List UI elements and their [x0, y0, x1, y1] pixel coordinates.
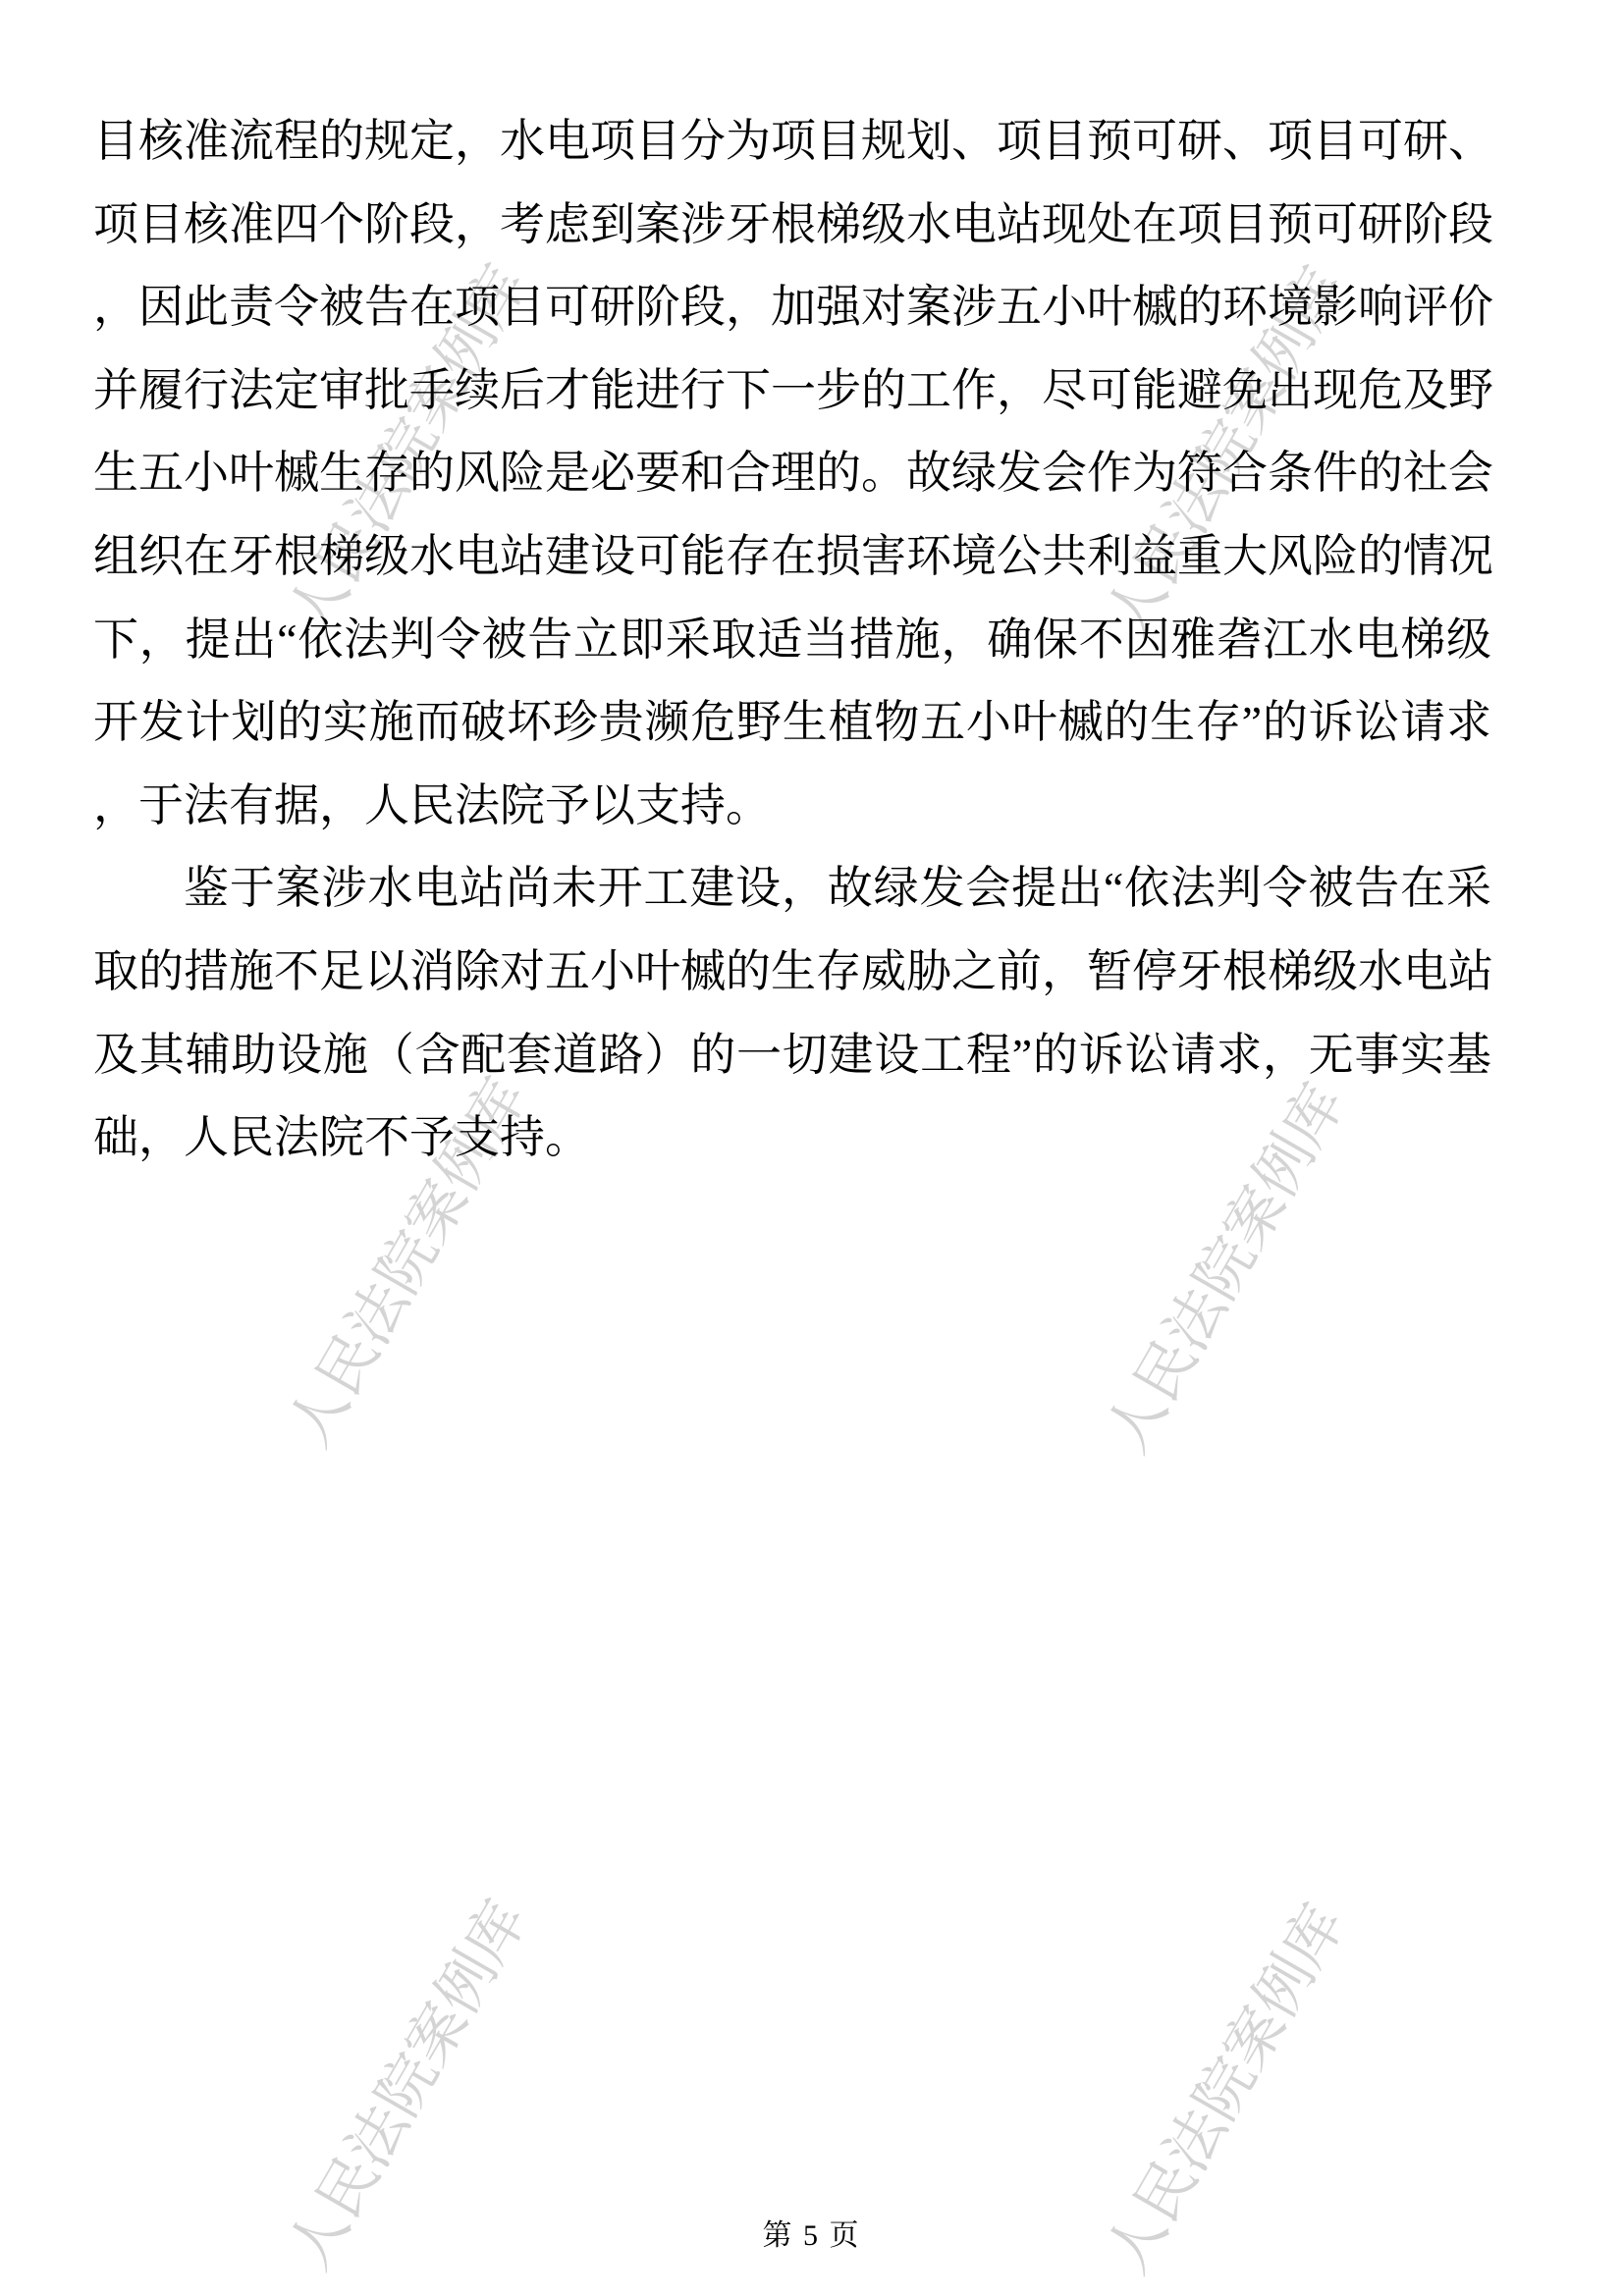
body-line: 取的措施不足以消除对五小叶槭的生存威胁之前，暂停牙根梯级水电站 — [93, 931, 1491, 1014]
page-number: 第 5 页 — [0, 2211, 1623, 2254]
body-line: 础，人民法院不予支持。 — [93, 1096, 1491, 1180]
body-line: 项目核准四个阶段，考虑到案涉牙根梯级水电站现处在项目预可研阶段 — [93, 184, 1491, 267]
body-line: 下，提出“依法判令被告立即采取适当措施，确保不因雅砻江水电梯级 — [93, 599, 1491, 682]
body-line: 组织在牙根梯级水电站建设可能存在损害环境公共利益重大风险的情况 — [93, 515, 1491, 599]
body-line: 生五小叶槭生存的风险是必要和合理的。故绿发会作为符合条件的社会 — [93, 432, 1491, 515]
document-page: 人民法院案例库 人民法院案例库 人民法院案例库 人民法院案例库 人民法院案例库 … — [0, 0, 1623, 2296]
body-line: 鉴于案涉水电站尚未开工建设，故绿发会提出“依法判令被告在采 — [93, 847, 1491, 931]
body-line: ，于法有据，人民法院予以支持。 — [93, 765, 1491, 848]
body-line: 及其辅助设施（含配套道路）的一切建设工程”的诉讼请求，无事实基 — [93, 1014, 1491, 1097]
body-line: 开发计划的实施而破坏珍贵濒危野生植物五小叶槭的生存”的诉讼请求 — [93, 681, 1491, 765]
body-line: 目核准流程的规定，水电项目分为项目规划、项目预可研、项目可研、 — [93, 100, 1491, 184]
body-text: 目核准流程的规定，水电项目分为项目规划、项目预可研、项目可研、 项目核准四个阶段… — [93, 100, 1491, 1180]
body-line: ，因此责令被告在项目可研阶段，加强对案涉五小叶槭的环境影响评价 — [93, 266, 1491, 349]
body-line: 并履行法定审批手续后才能进行下一步的工作，尽可能避免出现危及野 — [93, 349, 1491, 433]
